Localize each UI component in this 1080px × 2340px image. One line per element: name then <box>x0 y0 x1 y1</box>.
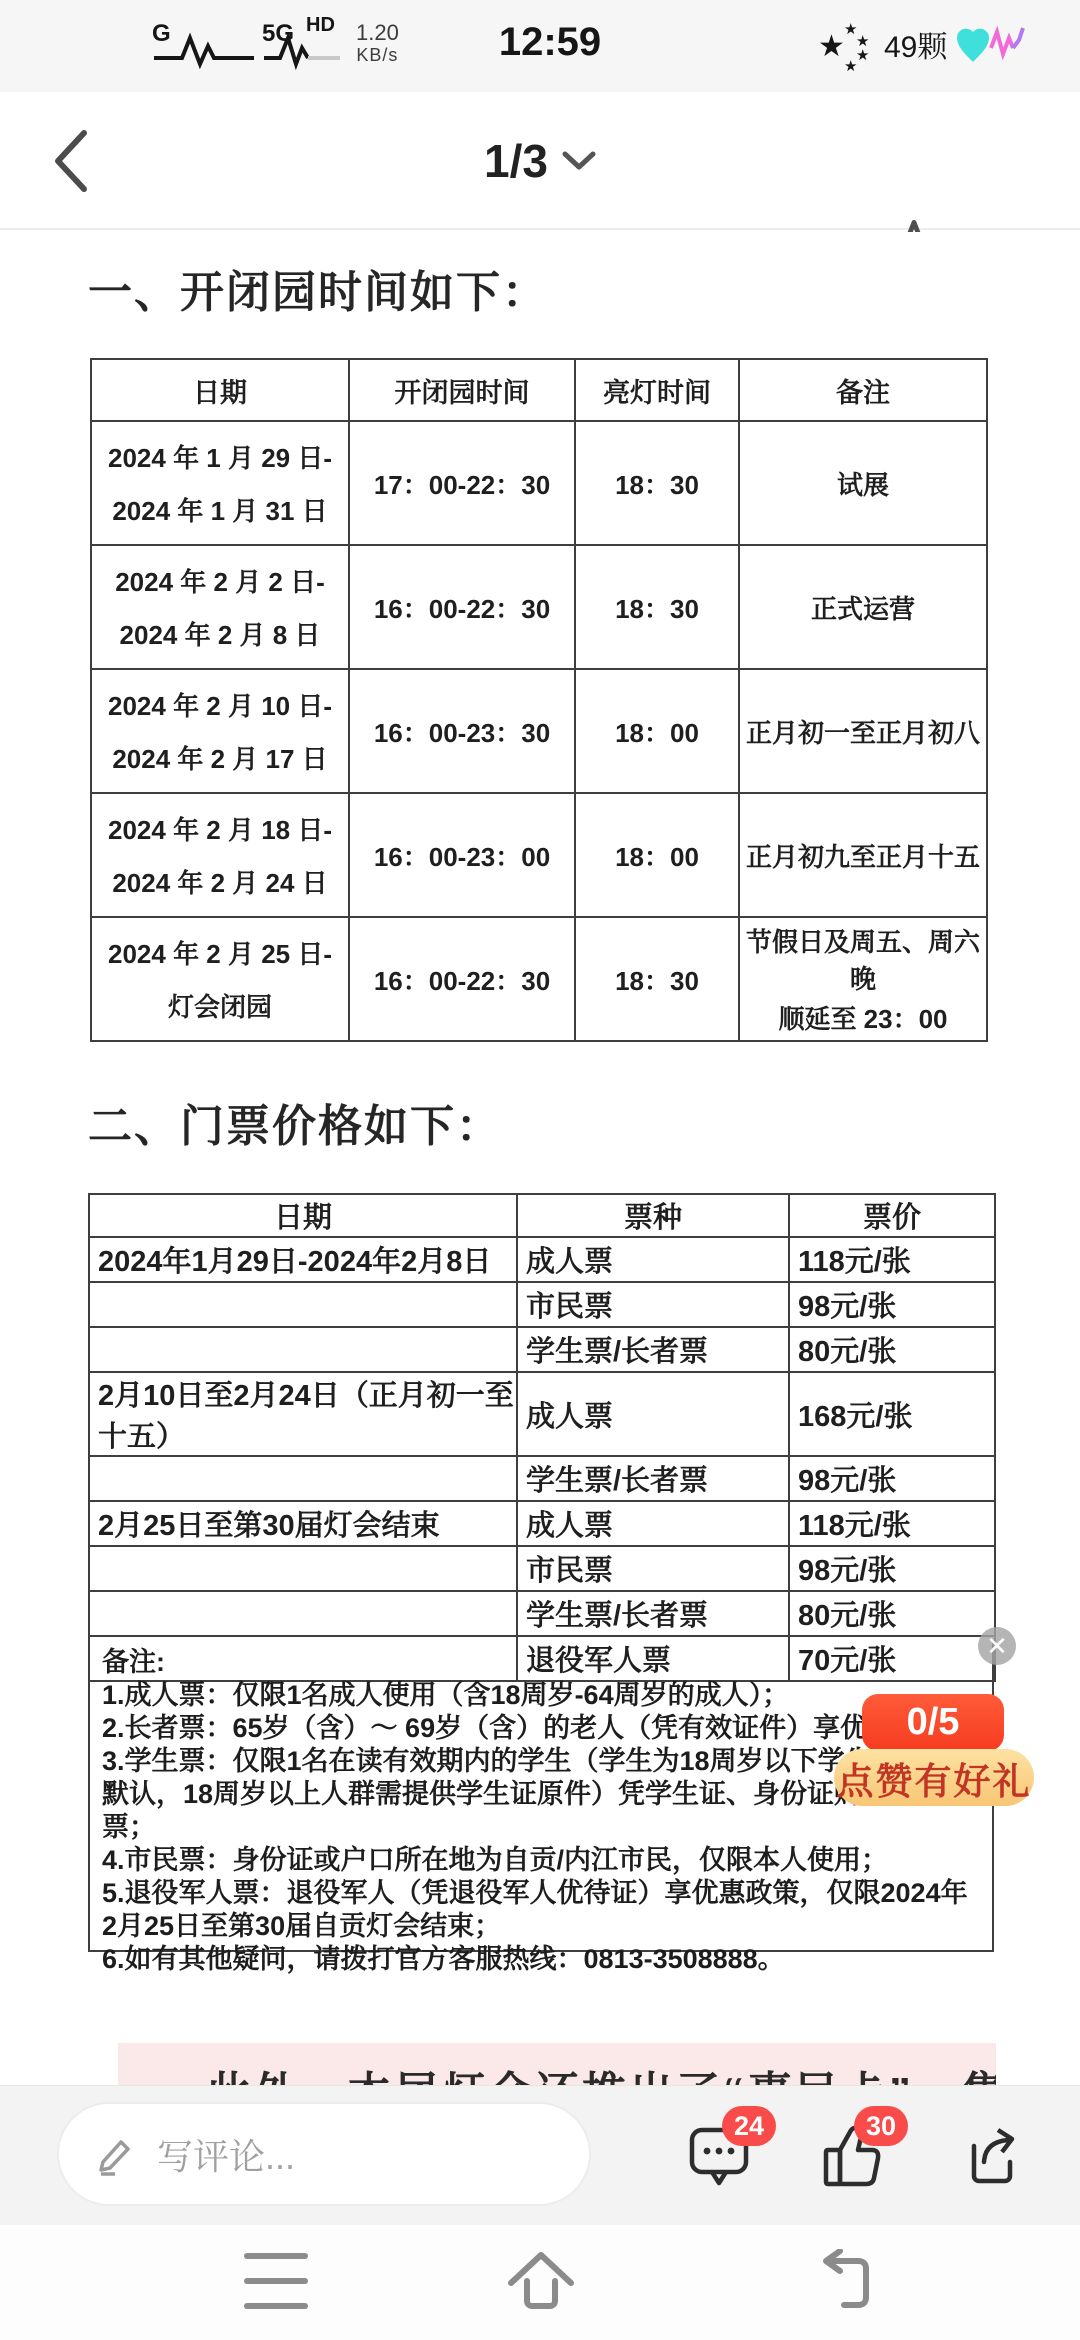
table-cell: 正月初一至正月初八 <box>739 669 987 793</box>
bar <box>244 2253 308 2259</box>
table-cell: 2024 年 2 月 25 日-灯会闭园 <box>91 917 349 1041</box>
table-row: 2024 年 2 月 10 日-2024 年 2 月 17 日16：00-23：… <box>91 669 987 793</box>
table-row: 2月25日至第30届灯会结束成人票118元/张 <box>89 1501 995 1546</box>
table-cell <box>89 1327 517 1372</box>
note-line: 1.成人票：仅限1名成人使用（含18周岁-64周岁的成人）； <box>102 1679 980 1712</box>
svg-text:★: ★ <box>856 47 869 64</box>
table-cell: 17：00-22：30 <box>349 421 575 545</box>
table-cell: 成人票 <box>517 1237 789 1282</box>
status-bar: G 5G HD 1.20 KB/s 12:59 ★ ★ ★ ★ ★ 49颗 <box>0 0 1080 92</box>
table-cell: 2月10日至2月24日（正月初一至十五） <box>89 1372 517 1456</box>
table-cell: 试展 <box>739 421 987 545</box>
like-reward-pill[interactable]: 点赞有好礼 <box>834 1749 1034 1806</box>
table-cell: 2月25日至第30届灯会结束 <box>89 1501 517 1546</box>
table-header-cell: 日期 <box>91 359 349 421</box>
share-button[interactable] <box>958 2124 1020 2188</box>
ticket-price-table: 日期票种票价 2024年1月29日-2024年2月8日成人票118元/张市民票9… <box>88 1193 996 1682</box>
table-cell: 16：00-22：30 <box>349 545 575 669</box>
table-header-cell: 亮灯时间 <box>575 359 739 421</box>
stars-icon: ★ ★ ★ ★ ★ <box>818 16 876 72</box>
table-header-cell: 日期 <box>89 1194 517 1237</box>
status-time: 12:59 <box>480 20 620 65</box>
table-row: 市民票98元/张 <box>89 1546 995 1591</box>
comment-input[interactable]: 写评论... <box>57 2102 591 2206</box>
close-icon[interactable]: ✕ <box>978 1627 1016 1665</box>
table-cell: 成人票 <box>517 1501 789 1546</box>
table-cell: 成人票 <box>517 1372 789 1456</box>
heart-battery-icon <box>955 20 1029 68</box>
table-cell: 2024 年 2 月 10 日-2024 年 2 月 17 日 <box>91 669 349 793</box>
like-count-badge: 30 <box>854 2106 908 2146</box>
table-row: 2024 年 2 月 25 日-灯会闭园16：00-22：3018：30节假日及… <box>91 917 987 1041</box>
table-cell: 节假日及周五、周六晚顺延至 23：00 <box>739 917 987 1041</box>
table-cell: 18：00 <box>575 669 739 793</box>
page-indicator-dropdown[interactable]: 1/3 <box>440 128 640 194</box>
post-image[interactable]: 一、开闭园时间如下： 日期开闭园时间亮灯时间备注 2024 年 1 月 29 日… <box>0 232 1080 2085</box>
back-nav-button[interactable] <box>806 2249 872 2311</box>
table-row: 2月10日至2月24日（正月初一至十五）成人票168元/张 <box>89 1372 995 1456</box>
table-row: 2024 年 2 月 2 日-2024 年 2 月 8 日16：00-22：30… <box>91 545 987 669</box>
table-cell: 80元/张 <box>789 1591 995 1636</box>
table-cell: 18：30 <box>575 545 739 669</box>
table-cell <box>89 1282 517 1327</box>
table-header-row: 日期票种票价 <box>89 1194 995 1237</box>
table-header-cell: 票种 <box>517 1194 789 1237</box>
notes-title: 备注: <box>102 1646 980 1679</box>
table-row: 2024 年 1 月 29 日-2024 年 1 月 31 日17：00-22：… <box>91 421 987 545</box>
table-header-cell: 备注 <box>739 359 987 421</box>
open-hours-table: 日期开闭园时间亮灯时间备注 2024 年 1 月 29 日-2024 年 1 月… <box>90 358 988 1042</box>
bottom-nav <box>0 2225 1080 2340</box>
back-button[interactable] <box>48 128 96 194</box>
signal-wave-icon: G <box>152 26 256 70</box>
table-cell: 2024 年 2 月 2 日-2024 年 2 月 8 日 <box>91 545 349 669</box>
page-indicator-label: 1/3 <box>484 134 548 188</box>
note-line: 2.长者票：65岁（含）～ 69岁（含）的老人（凭有效证件）享优惠政策； <box>102 1712 980 1745</box>
table-cell <box>89 1591 517 1636</box>
table-cell: 学生票/长者票 <box>517 1456 789 1501</box>
table-cell: 市民票 <box>517 1546 789 1591</box>
network-type-label: G <box>152 20 171 48</box>
table-cell: 16：00-23：30 <box>349 669 575 793</box>
comment-button[interactable]: 24 <box>688 2124 750 2188</box>
highlighted-text-strip: 此外，本届灯会还推出了“惠民卡”，售价 <box>118 2043 996 2089</box>
home-button[interactable] <box>503 2249 579 2311</box>
table-cell: 98元/张 <box>789 1282 995 1327</box>
table-cell <box>89 1456 517 1501</box>
comment-placeholder: 写评论... <box>157 2129 295 2180</box>
bar <box>244 2278 308 2284</box>
bar <box>244 2303 308 2309</box>
table-cell: 80元/张 <box>789 1327 995 1372</box>
speed-value: 1.20 <box>356 22 399 44</box>
table-header-row: 日期开闭园时间亮灯时间备注 <box>91 359 987 421</box>
table-header-cell: 票价 <box>789 1194 995 1237</box>
table-cell: 正式运营 <box>739 545 987 669</box>
table-cell: 18：00 <box>575 793 739 917</box>
hd-icon: HD <box>306 14 335 37</box>
table-cell: 16：00-23：00 <box>349 793 575 917</box>
recents-menu-button[interactable] <box>244 2253 308 2309</box>
table-row: 学生票/长者票80元/张 <box>89 1327 995 1372</box>
table-row: 市民票98元/张 <box>89 1282 995 1327</box>
like-button[interactable]: 30 <box>820 2124 882 2188</box>
table-cell: 16：00-22：30 <box>349 917 575 1041</box>
table-cell: 正月初九至正月十五 <box>739 793 987 917</box>
table-cell: 市民票 <box>517 1282 789 1327</box>
table-header-cell: 开闭园时间 <box>349 359 575 421</box>
star-count-label: 49颗 <box>884 22 947 66</box>
comment-count-badge: 24 <box>722 2106 776 2146</box>
svg-text:★: ★ <box>818 30 845 63</box>
table-cell: 118元/张 <box>789 1501 995 1546</box>
network-speed: 1.20 KB/s <box>356 22 399 66</box>
chevron-down-icon <box>562 151 596 171</box>
table-cell: 98元/张 <box>789 1456 995 1501</box>
note-line: 5.退役军人票：退役军人（凭退役军人优待证）享优惠政策，仅限2024年2月25日… <box>102 1877 980 1943</box>
comment-bar: 写评论... 24 30 <box>0 2085 1080 2225</box>
table-cell <box>89 1546 517 1591</box>
svg-text:★: ★ <box>844 58 857 72</box>
like-reward-label: 点赞有好礼 <box>837 1751 1032 1805</box>
note-line: 4.市民票：身份证或户口所在地为自贡/内江市民，仅限本人使用； <box>102 1844 980 1877</box>
pencil-icon <box>95 2132 139 2176</box>
speed-unit: KB/s <box>356 44 399 66</box>
table-cell: 98元/张 <box>789 1546 995 1591</box>
network-type-label: 5G <box>262 20 294 48</box>
section2-title: 二、门票价格如下： <box>88 1090 502 1154</box>
section1-title: 一、开闭园时间如下： <box>88 256 548 320</box>
table-row: 学生票/长者票98元/张 <box>89 1456 995 1501</box>
table-cell: 2024 年 1 月 29 日-2024 年 1 月 31 日 <box>91 421 349 545</box>
table-cell: 2024 年 2 月 18 日-2024 年 2 月 24 日 <box>91 793 349 917</box>
table-cell: 2024年1月29日-2024年2月8日 <box>89 1237 517 1282</box>
table-cell: 18：30 <box>575 917 739 1041</box>
nav-bar: 1/3 <box>0 92 1080 230</box>
table-cell: 学生票/长者票 <box>517 1591 789 1636</box>
note-line: 6.如有其他疑问，请拨打官方客服热线：0813-3508888。 <box>102 1943 980 1976</box>
table-cell: 学生票/长者票 <box>517 1327 789 1372</box>
table-row: 2024 年 2 月 18 日-2024 年 2 月 24 日16：00-23：… <box>91 793 987 917</box>
table-row: 2024年1月29日-2024年2月8日成人票118元/张 <box>89 1237 995 1282</box>
like-counter-badge: 0/5 <box>862 1694 1004 1751</box>
table-cell: 118元/张 <box>789 1237 995 1282</box>
table-row: 学生票/长者票80元/张 <box>89 1591 995 1636</box>
table-cell: 168元/张 <box>789 1372 995 1456</box>
table-cell: 18：30 <box>575 421 739 545</box>
